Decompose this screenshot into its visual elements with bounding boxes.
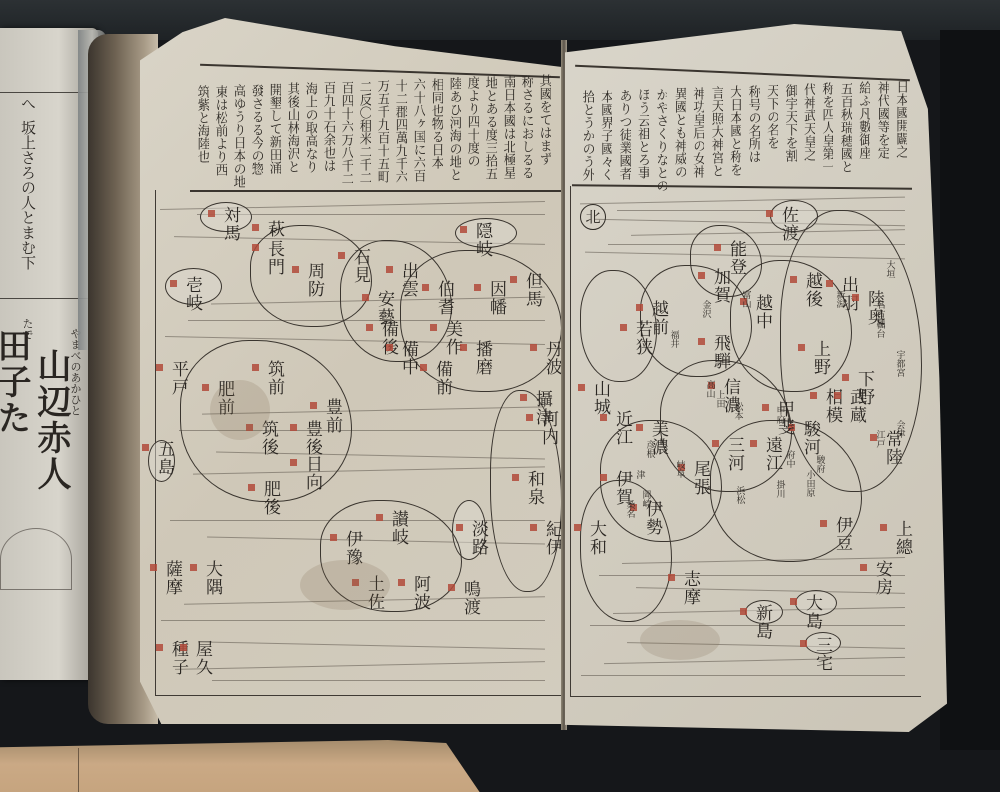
- castle-town-label: 甲府: [774, 406, 783, 424]
- castle-seal-marker: [510, 276, 517, 283]
- castle-seal-marker: [386, 344, 393, 351]
- fragment-poet-name: 山辺赤人: [34, 348, 68, 492]
- province-label: 種子: [166, 640, 191, 676]
- province-label: 三宅: [810, 636, 835, 672]
- castle-town-label: 新潟: [834, 290, 843, 308]
- province-label: 備前: [430, 360, 455, 396]
- castle-seal-marker: [526, 414, 533, 421]
- province-label: 越後: [800, 272, 825, 308]
- castle-seal-marker: [460, 226, 467, 233]
- header-column: 大日本國と称を: [728, 85, 742, 189]
- header-column: 神功皇后の女神: [691, 87, 705, 191]
- province-label: 大和: [584, 520, 609, 556]
- province-label: 河内: [536, 410, 561, 446]
- castle-seal-marker: [156, 644, 163, 651]
- castle-seal-marker: [248, 484, 255, 491]
- province-label: 但馬: [520, 272, 545, 308]
- castle-seal-marker: [766, 210, 773, 217]
- province-label: 飛騨: [708, 334, 733, 370]
- province-label: 豊後: [300, 420, 325, 456]
- fragment-poem-text: 田子た: [0, 328, 28, 436]
- castle-seal-marker: [860, 564, 867, 571]
- castle-town-label: 富山: [740, 290, 749, 308]
- north-compass-mark: 北: [580, 204, 606, 230]
- province-label: 尾張: [688, 460, 713, 496]
- province-label: 大島: [800, 594, 825, 630]
- castle-seal-marker: [202, 384, 209, 391]
- header-column: 称を四人皇第一: [820, 82, 834, 186]
- header-column: 異國とも神威の: [672, 87, 686, 191]
- province-label: 日向: [300, 455, 325, 491]
- castle-town-label: 桑名: [624, 500, 633, 518]
- province-label: 上總: [890, 520, 915, 556]
- castle-seal-marker: [252, 224, 259, 231]
- castle-town-label: 高山: [704, 380, 713, 398]
- header-column: 称号の名所は: [746, 85, 760, 189]
- province-label: 安房: [870, 560, 895, 596]
- header-column: 十二郡四萬九千六: [393, 79, 407, 191]
- castle-seal-marker: [852, 294, 859, 301]
- province-label: 石見: [348, 248, 373, 284]
- province-label: 志摩: [678, 570, 703, 606]
- castle-town-label: 会津: [894, 420, 903, 438]
- castle-seal-marker: [386, 266, 393, 273]
- castle-seal-marker: [156, 364, 163, 371]
- province-label: 壱岐: [180, 276, 205, 312]
- wave-line: [161, 620, 545, 621]
- castle-seal-marker: [790, 276, 797, 283]
- castle-seal-marker: [810, 392, 817, 399]
- province-label: 鳴渡: [458, 580, 483, 616]
- castle-town-label: 松本: [732, 402, 741, 420]
- castle-seal-marker: [290, 459, 297, 466]
- castle-seal-marker: [512, 474, 519, 481]
- province-label: 三河: [722, 436, 747, 472]
- castle-seal-marker: [190, 564, 197, 571]
- castle-seal-marker: [668, 574, 675, 581]
- bottom-paper-fragment: [0, 740, 485, 792]
- header-column: 海上の取高なり: [303, 82, 317, 194]
- header-column: 日本國開闢之: [894, 80, 908, 184]
- fan-illustration: [0, 528, 72, 590]
- castle-town-label: 府中: [784, 450, 793, 468]
- province-label: 上野: [808, 340, 833, 376]
- castle-seal-marker: [142, 444, 149, 451]
- header-column: 代神武天皇之: [801, 83, 815, 187]
- castle-seal-marker: [338, 252, 345, 259]
- header-column: 称さるにおしるる: [519, 75, 533, 187]
- header-column: 六十八ヶ国に六百: [411, 78, 425, 190]
- castle-town-label: 彦根: [644, 440, 653, 458]
- header-column: 筑紫と海陸也: [195, 85, 209, 197]
- province-label: 駿河: [798, 420, 823, 456]
- province-label: 長門: [262, 240, 287, 276]
- header-column: かやさくりなとの: [654, 88, 668, 192]
- castle-town-label: 津: [634, 470, 643, 479]
- castle-seal-marker: [820, 520, 827, 527]
- province-label: 因幡: [484, 280, 509, 316]
- header-column: 二反〇租米二千二: [357, 80, 371, 192]
- province-label: 萩: [262, 220, 287, 238]
- castle-seal-marker: [826, 280, 833, 287]
- province-label: 五島: [152, 440, 177, 476]
- header-column: 拾とうかのう外: [580, 90, 594, 194]
- province-label: 越中: [750, 294, 775, 330]
- castle-seal-marker: [880, 524, 887, 531]
- header-column: 本國界子國々く: [598, 90, 612, 194]
- province-label: 薩摩: [160, 560, 185, 596]
- province-label: 加賀: [708, 268, 733, 304]
- province-label: 屋久: [190, 640, 215, 676]
- castle-seal-marker: [600, 474, 607, 481]
- province-label: 周防: [302, 262, 327, 298]
- header-column: 陸あひ河海の地と: [447, 77, 461, 189]
- header-column: 南日本國は北極星: [501, 75, 515, 187]
- province-label: 近江: [610, 410, 635, 446]
- header-column: 其國をてはまず: [537, 74, 551, 186]
- castle-town-label: 岡崎: [640, 490, 649, 508]
- castle-town-label: 金沢: [700, 300, 709, 318]
- wave-line: [212, 680, 545, 681]
- castle-town-label: 宇都宮: [894, 350, 903, 377]
- castle-town-label: 浜松: [734, 486, 743, 504]
- castle-seal-marker: [460, 344, 467, 351]
- province-label: 淡路: [466, 520, 491, 556]
- header-column: 地とある度三拾五: [483, 76, 497, 188]
- castle-seal-marker: [740, 608, 747, 615]
- castle-seal-marker: [430, 324, 437, 331]
- castle-seal-marker: [252, 244, 259, 251]
- castle-town-label: 江戸: [874, 430, 883, 448]
- header-column: ありつ徒業國者: [617, 89, 631, 193]
- header-column: 給ふ凡數御座: [857, 81, 871, 185]
- paper-stain: [210, 380, 270, 440]
- province-label: 隠岐: [470, 222, 495, 258]
- province-label: 対馬: [218, 206, 243, 242]
- castle-seal-marker: [712, 440, 719, 447]
- castle-town-label: 仙台: [874, 320, 883, 338]
- castle-seal-marker: [520, 394, 527, 401]
- province-label: 山城: [588, 380, 613, 416]
- castle-seal-marker: [578, 384, 585, 391]
- castle-seal-marker: [842, 374, 849, 381]
- header-column: 神代國等を定: [875, 81, 889, 185]
- castle-seal-marker: [290, 424, 297, 431]
- castle-seal-marker: [790, 598, 797, 605]
- castle-town-label: 小田原: [804, 470, 813, 497]
- castle-seal-marker: [834, 392, 841, 399]
- castle-town-label: 上田: [714, 390, 723, 408]
- province-label: 相模: [820, 388, 845, 424]
- province-label: 大隅: [200, 560, 225, 596]
- castle-seal-marker: [762, 404, 769, 411]
- province-label: 出雲: [396, 262, 421, 298]
- header-column: 百四十六万八千二: [339, 81, 353, 193]
- castle-seal-marker: [422, 284, 429, 291]
- wave-line: [581, 675, 905, 676]
- province-label: 讃岐: [386, 510, 411, 546]
- castle-seal-marker: [530, 344, 537, 351]
- header-column: 發さるる今の惣: [249, 84, 263, 196]
- header-column: 開墾して新田涌: [267, 83, 281, 195]
- castle-seal-marker: [310, 402, 317, 409]
- castle-seal-marker: [180, 644, 187, 651]
- castle-seal-marker: [698, 338, 705, 345]
- paper-stain: [300, 560, 390, 610]
- province-label: 備中: [396, 340, 421, 376]
- castle-seal-marker: [208, 210, 215, 217]
- castle-seal-marker: [292, 266, 299, 273]
- castle-seal-marker: [456, 524, 463, 531]
- castle-seal-marker: [420, 364, 427, 371]
- header-column: 相同也物る日本: [429, 78, 443, 190]
- header-column: 万五千九百十五町: [375, 79, 389, 191]
- castle-seal-marker: [698, 272, 705, 279]
- province-label: 和泉: [522, 470, 547, 506]
- wave-line: [590, 625, 905, 626]
- background-cloth-right: [940, 30, 1000, 750]
- province-label: 佐渡: [776, 206, 801, 242]
- castle-seal-marker: [362, 294, 369, 301]
- province-label: 武蔵: [844, 388, 869, 424]
- castle-seal-marker: [714, 244, 721, 251]
- castle-seal-marker: [530, 524, 537, 531]
- province-label: 平戸: [166, 360, 191, 396]
- fragment-verse-top: 坂上さろの人とまむ下: [20, 120, 35, 270]
- header-column: 言天照大神宮と: [709, 86, 723, 190]
- header-column: 度より四十度の: [465, 76, 479, 188]
- header-column: 東は松前より西: [213, 85, 227, 197]
- castle-seal-marker: [636, 304, 643, 311]
- castle-seal-marker: [574, 524, 581, 531]
- fragment-mark: へ: [20, 96, 35, 111]
- castle-seal-marker: [448, 584, 455, 591]
- castle-town-label: 大垣: [884, 260, 893, 278]
- header-column: 百九十石余也は: [321, 81, 335, 193]
- castle-seal-marker: [474, 284, 481, 291]
- castle-seal-marker: [750, 440, 757, 447]
- header-column: 御宇天下を割: [783, 84, 797, 188]
- province-label: 阿波: [408, 575, 433, 611]
- header-column: 五百秋瑞穂國と: [838, 82, 852, 186]
- paper-stain: [640, 620, 720, 660]
- province-label: 伯耆: [432, 280, 457, 316]
- castle-town-label: 福井: [668, 330, 677, 348]
- fragment-fold: [78, 748, 79, 792]
- castle-seal-marker: [636, 424, 643, 431]
- castle-seal-marker: [620, 324, 627, 331]
- castle-seal-marker: [398, 579, 405, 586]
- castle-town-label: 駿府: [814, 455, 823, 473]
- castle-seal-marker: [252, 364, 259, 371]
- castle-seal-marker: [376, 514, 383, 521]
- castle-seal-marker: [800, 640, 807, 647]
- province-label: 伊豆: [830, 516, 855, 552]
- header-column: 天下の名を: [764, 84, 778, 188]
- province-label: 遠江: [760, 436, 785, 472]
- castle-seal-marker: [330, 534, 337, 541]
- castle-seal-marker: [366, 324, 373, 331]
- header-column: 高ゆうり日本の地: [231, 84, 245, 196]
- castle-seal-marker: [170, 280, 177, 287]
- province-label: 筑前: [262, 360, 287, 396]
- header-column: 其後山林海沢と: [285, 82, 299, 194]
- castle-town-label: 岐阜: [674, 460, 683, 478]
- castle-town-label: 掛川: [774, 480, 783, 498]
- province-label: 新島: [750, 604, 775, 640]
- province-label: 播磨: [470, 340, 495, 376]
- castle-seal-marker: [798, 344, 805, 351]
- header-column: ほう云祖とろ事: [635, 88, 649, 192]
- province-label: 肥後: [258, 480, 283, 516]
- wave-line: [617, 210, 905, 211]
- castle-seal-marker: [150, 564, 157, 571]
